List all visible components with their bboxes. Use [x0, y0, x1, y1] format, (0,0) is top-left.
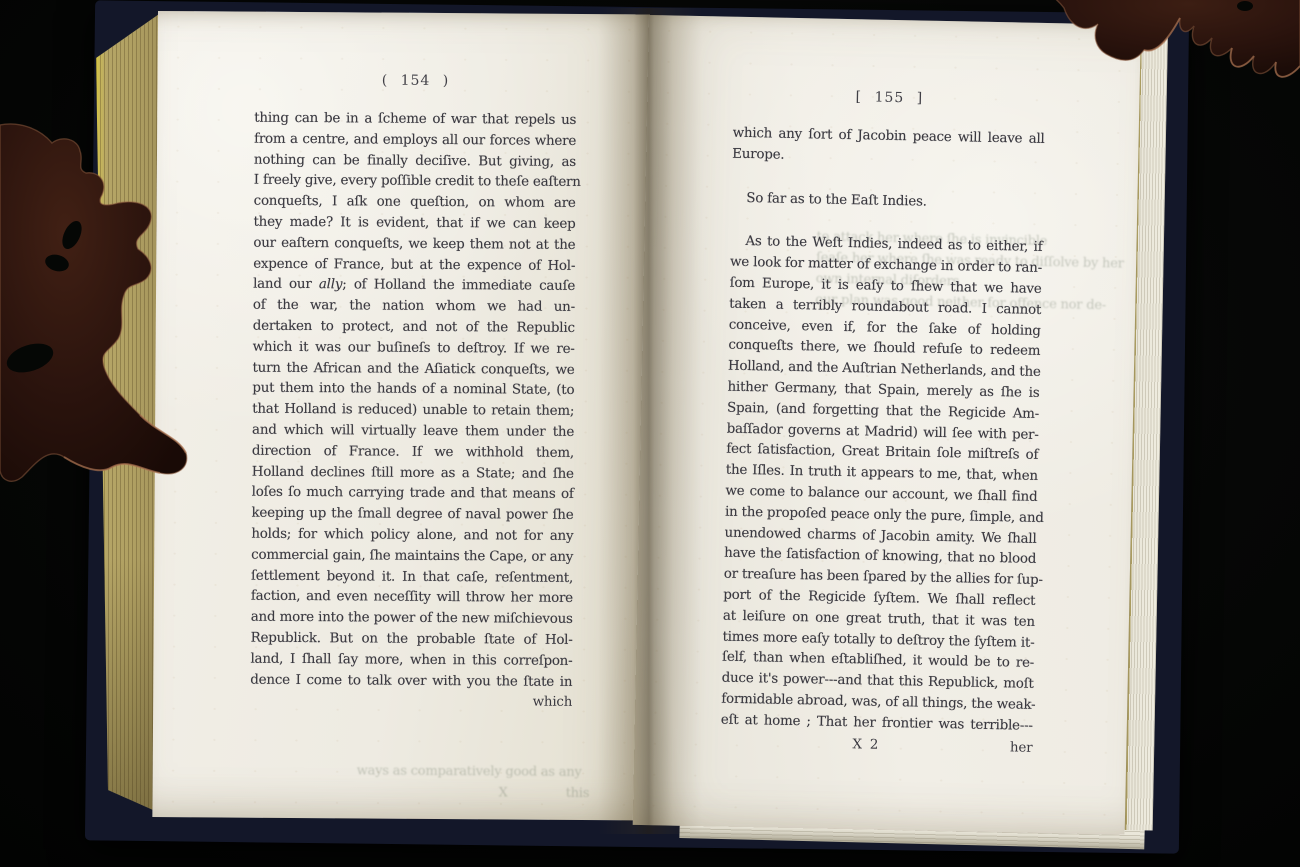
text-line: ſettlement beyond it. In that caſe, reſe…: [251, 566, 573, 589]
right-page-text: to attack her where ſhe is invincibleſea…: [720, 87, 1045, 759]
text-line: that Holland is reduced) unable to retai…: [252, 400, 574, 423]
text-line: conqueſts, I aſk one queſtion, on whom a…: [254, 192, 576, 215]
text-line: Holland declines ſtill more as a State; …: [252, 462, 574, 485]
page-left: ways as comparatively good as any X this…: [152, 11, 650, 820]
show-through-signature: X: [498, 782, 507, 803]
left-page-lines: thing can be in a ſcheme of war that rep…: [250, 109, 576, 694]
text-line: and more into the power of the new miſch…: [251, 608, 573, 631]
text-line: nothing can be finally deciſive. But giv…: [254, 150, 576, 173]
text-line: I freely give, every poſſible credit to …: [254, 171, 576, 194]
text-line: holds; for which policy alone, and not f…: [251, 525, 573, 548]
copper-leaf-ornament-left: [0, 115, 200, 490]
paragraph: which any ſort of Jacobin peace will lea…: [732, 124, 1045, 172]
paragraph: As to the Weſt Indies, indeed as to eith…: [721, 232, 1043, 737]
text-line: which it was our buſineſs to deſtroy. If…: [253, 337, 575, 360]
copper-leaf-ornament-top-right: [1040, 0, 1300, 116]
text-line: thing can be in a ſcheme of war that rep…: [254, 109, 576, 132]
page-number-right: [ 155 ]: [733, 87, 1045, 113]
text-line: expence of France, but at the expence of…: [253, 254, 575, 277]
text-line: dertaken to protect, and not of the Repu…: [253, 317, 575, 340]
paragraph: So far as to the Eaſt Indies.: [731, 188, 1043, 215]
left-page-text: ways as comparatively good as any X this…: [250, 72, 576, 714]
gathering-signature: X 2: [852, 735, 878, 756]
text-line: commercial gain, ſhe maintains the Cape,…: [251, 545, 573, 568]
right-page-paragraphs: which any ſort of Jacobin peace will lea…: [721, 124, 1045, 738]
text-line: keeping up the ſmall degree of naval pow…: [251, 504, 573, 527]
show-through-line: ways as comparatively good as any: [347, 760, 669, 783]
text-line: loſes ſo much carrying trade and that me…: [252, 483, 574, 506]
text-line: land our ally; of Holland the immediate …: [253, 275, 575, 298]
text-line: dence I come to talk over with you the ſ…: [250, 670, 572, 693]
left-show-through: ways as comparatively good as any X this: [346, 760, 668, 804]
show-through-catchword: this: [566, 783, 590, 804]
catchword-right: her: [1010, 738, 1033, 759]
text-line: from a centre, and employs all our force…: [254, 129, 576, 152]
catchword-left: which: [250, 691, 572, 714]
text-line: direction of France. If we withhold them…: [252, 441, 574, 464]
text-line: of the war, the nation whom we had un-: [253, 296, 575, 319]
text-line: our eaſtern conqueſts, we keep them not …: [253, 233, 575, 256]
text-line: land, I ſhall ſay more, when in this cor…: [250, 649, 572, 672]
text-line: Republick. But on the probable ſtate of …: [251, 629, 573, 652]
page-number-left: ( 154 ): [254, 72, 576, 94]
page-right: to attack her where ſhe is invincibleſea…: [633, 15, 1141, 835]
text-line: put them into the hands of a nominal Sta…: [252, 379, 574, 402]
text-line: So far as to the Eaſt Indies.: [731, 188, 1043, 215]
text-line: turn the African and the Aſiatick conque…: [252, 358, 574, 381]
text-line: they made? It is evident, that if we can…: [253, 213, 575, 236]
text-line: and which will virtually leave them unde…: [252, 421, 574, 444]
photo-backdrop: ways as comparatively good as any X this…: [0, 0, 1300, 867]
text-line: faction, and even neceſſity will throw h…: [251, 587, 573, 610]
